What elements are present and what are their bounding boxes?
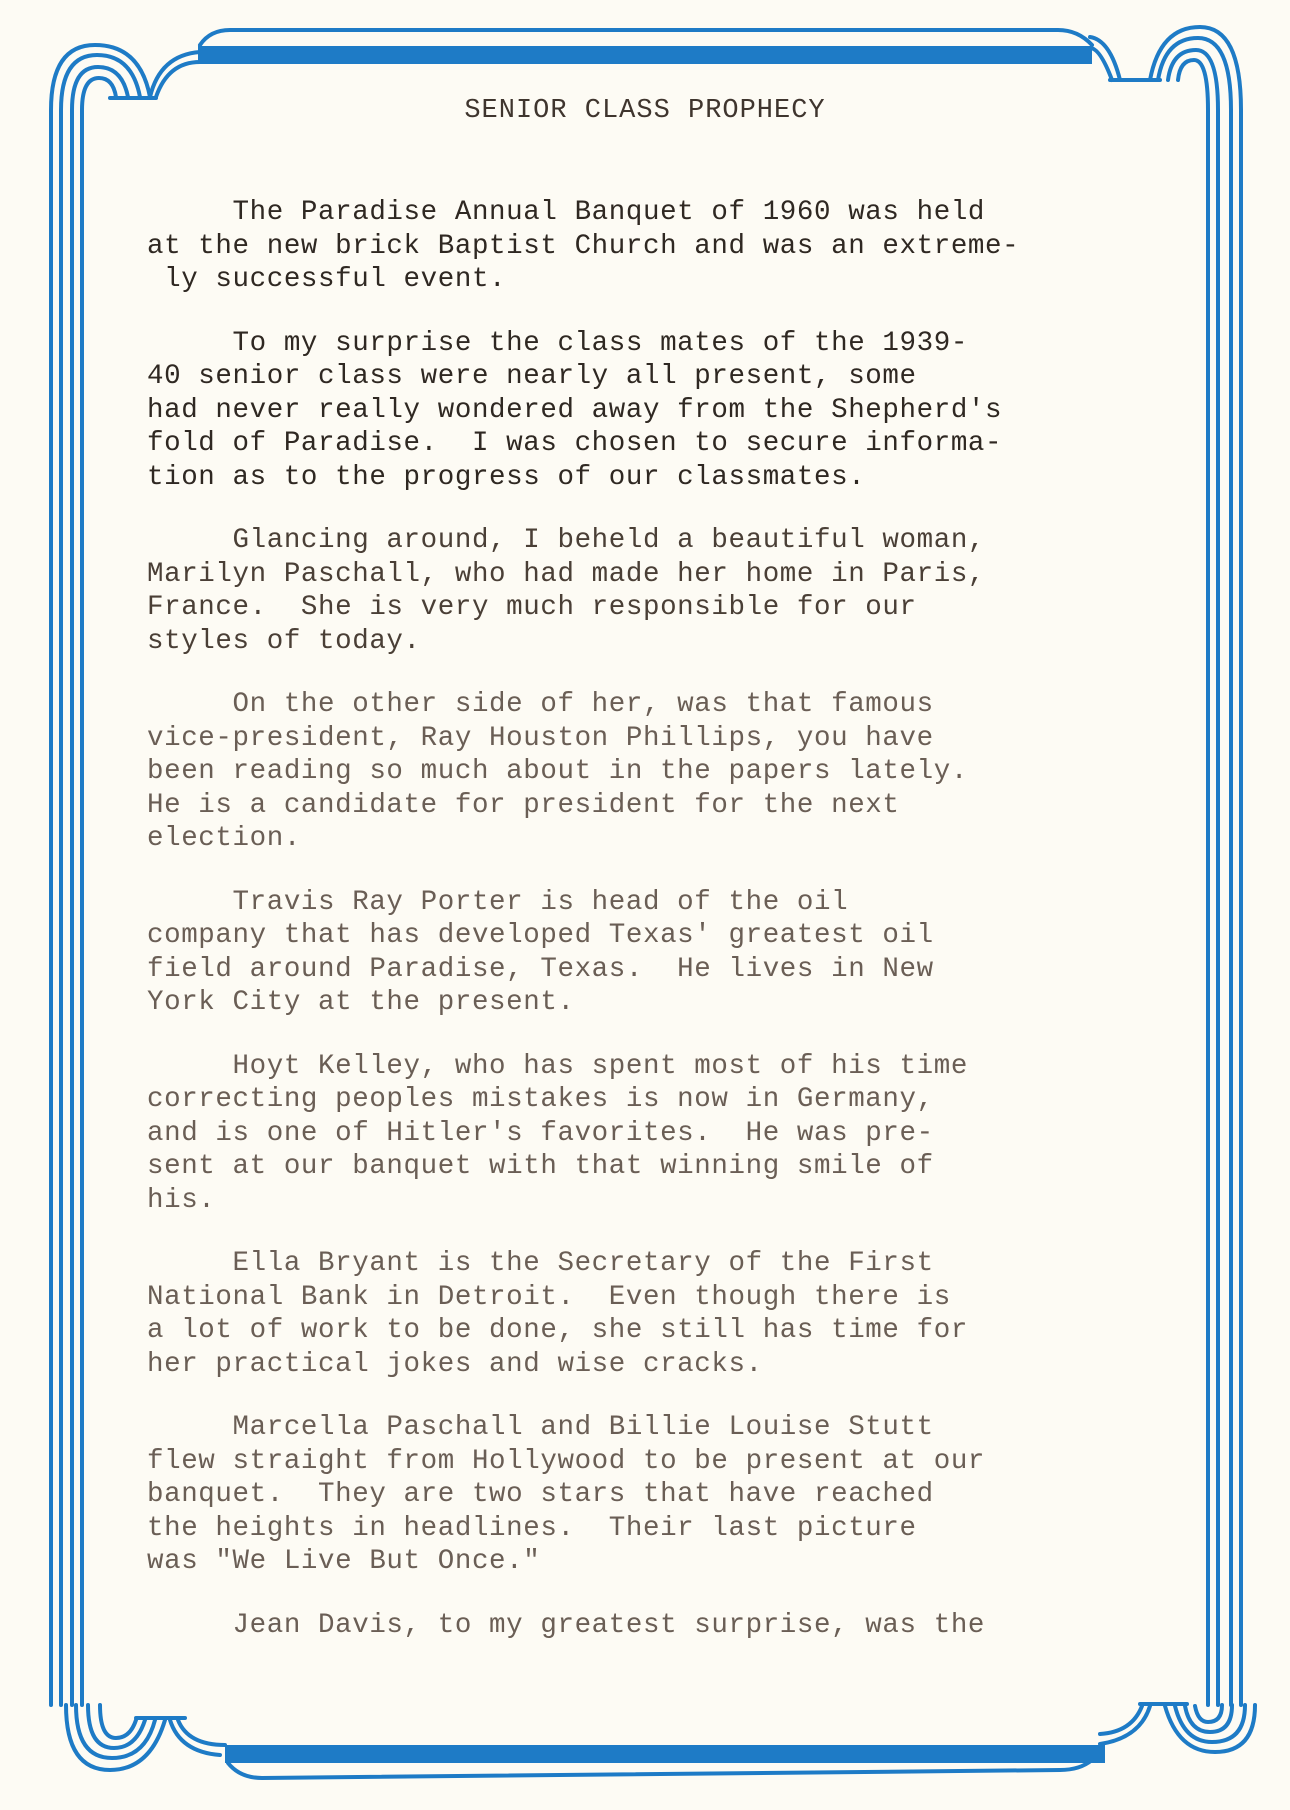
text-line: To my surprise the class mates of the 19… xyxy=(147,327,1167,361)
text-line: ly successful event. xyxy=(147,263,1167,297)
text-line: vice-president, Ray Houston Phillips, yo… xyxy=(147,722,1167,756)
text-line: field around Paradise, Texas. He lives i… xyxy=(147,953,1167,987)
text-line: tion as to the progress of our classmate… xyxy=(147,461,1167,495)
text-line: York City at the present. xyxy=(147,986,1167,1020)
text-line: fold of Paradise. I was chosen to secure… xyxy=(147,427,1167,461)
text-line: his. xyxy=(147,1184,1167,1218)
paragraph: Jean Davis, to my greatest surprise, was… xyxy=(147,1609,1167,1643)
document-body: The Paradise Annual Banquet of 1960 was … xyxy=(147,196,1167,1672)
text-line: and is one of Hitler's favorites. He was… xyxy=(147,1117,1167,1151)
paragraph: On the other side of her, was that famou… xyxy=(147,688,1167,856)
text-line: had never really wondered away from the … xyxy=(147,394,1167,428)
text-line: National Bank in Detroit. Even though th… xyxy=(147,1281,1167,1315)
text-line: Marilyn Paschall, who had made her home … xyxy=(147,558,1167,592)
paragraph: The Paradise Annual Banquet of 1960 was … xyxy=(147,196,1167,297)
paragraph: Glancing around, I beheld a beautiful wo… xyxy=(147,524,1167,658)
text-line: correcting peoples mistakes is now in Ge… xyxy=(147,1083,1167,1117)
text-line: Jean Davis, to my greatest surprise, was… xyxy=(147,1609,1167,1643)
text-line: Hoyt Kelley, who has spent most of his t… xyxy=(147,1050,1167,1084)
text-line: flew straight from Hollywood to be prese… xyxy=(147,1445,1167,1479)
text-line: at the new brick Baptist Church and was … xyxy=(147,230,1167,264)
text-line: styles of today. xyxy=(147,625,1167,659)
paragraph: To my surprise the class mates of the 19… xyxy=(147,327,1167,495)
text-line: been reading so much about in the papers… xyxy=(147,755,1167,789)
paragraph: Marcella Paschall and Billie Louise Stut… xyxy=(147,1411,1167,1579)
text-line: the heights in headlines. Their last pic… xyxy=(147,1512,1167,1546)
text-line: election. xyxy=(147,822,1167,856)
paragraph: Travis Ray Porter is head of the oilcomp… xyxy=(147,886,1167,1020)
text-line: Ella Bryant is the Secretary of the Firs… xyxy=(147,1247,1167,1281)
page-title: SENIOR CLASS PROPHECY xyxy=(0,96,1290,126)
text-line: sent at our banquet with that winning sm… xyxy=(147,1150,1167,1184)
text-line: her practical jokes and wise cracks. xyxy=(147,1348,1167,1382)
text-line: He is a candidate for president for the … xyxy=(147,789,1167,823)
text-line: Glancing around, I beheld a beautiful wo… xyxy=(147,524,1167,558)
text-line: Marcella Paschall and Billie Louise Stut… xyxy=(147,1411,1167,1445)
text-line: The Paradise Annual Banquet of 1960 was … xyxy=(147,196,1167,230)
text-line: was "We Live But Once." xyxy=(147,1545,1167,1579)
text-line: a lot of work to be done, she still has … xyxy=(147,1314,1167,1348)
text-line: France. She is very much responsible for… xyxy=(147,591,1167,625)
paragraph: Hoyt Kelley, who has spent most of his t… xyxy=(147,1050,1167,1218)
text-line: Travis Ray Porter is head of the oil xyxy=(147,886,1167,920)
text-line: company that has developed Texas' greate… xyxy=(147,919,1167,953)
text-line: 40 senior class were nearly all present,… xyxy=(147,360,1167,394)
text-line: banquet. They are two stars that have re… xyxy=(147,1478,1167,1512)
paragraph: Ella Bryant is the Secretary of the Firs… xyxy=(147,1247,1167,1381)
text-line: On the other side of her, was that famou… xyxy=(147,688,1167,722)
